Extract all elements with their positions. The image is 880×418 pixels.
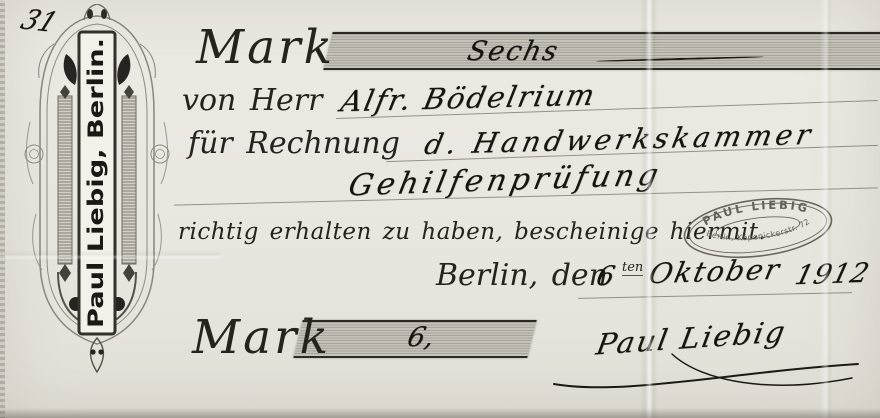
account-label: für Rechnung <box>188 129 400 159</box>
amount-label-bottom: Mark <box>192 314 331 361</box>
receipt-document: 31 <box>0 0 880 418</box>
place-date-label: Berlin, den <box>436 261 608 291</box>
account-line2-value: Gehilfenprüfung <box>346 161 664 202</box>
date-year-value: 1912 <box>792 260 872 290</box>
ornament-frame-graphic: Paul Liebig, Berlin. <box>24 4 170 378</box>
from-label: von Herr <box>182 86 322 116</box>
scan-edge-shadow <box>0 408 880 418</box>
date-rule-line <box>578 292 852 299</box>
signature-flourish <box>552 352 862 402</box>
amount-label-top: Mark <box>196 24 335 71</box>
letterhead-ornament: Paul Liebig, Berlin. <box>24 4 170 378</box>
amount-words-value: Sechs <box>465 38 562 65</box>
perforated-edge <box>0 0 5 418</box>
amount-words-band <box>323 32 880 70</box>
signature-flourish-graphic <box>552 352 862 402</box>
letterhead-text: Paul Liebig, Berlin. <box>84 38 108 328</box>
date-ordinal-suffix: ten <box>622 260 643 276</box>
date-month-value: Oktober <box>646 256 783 289</box>
